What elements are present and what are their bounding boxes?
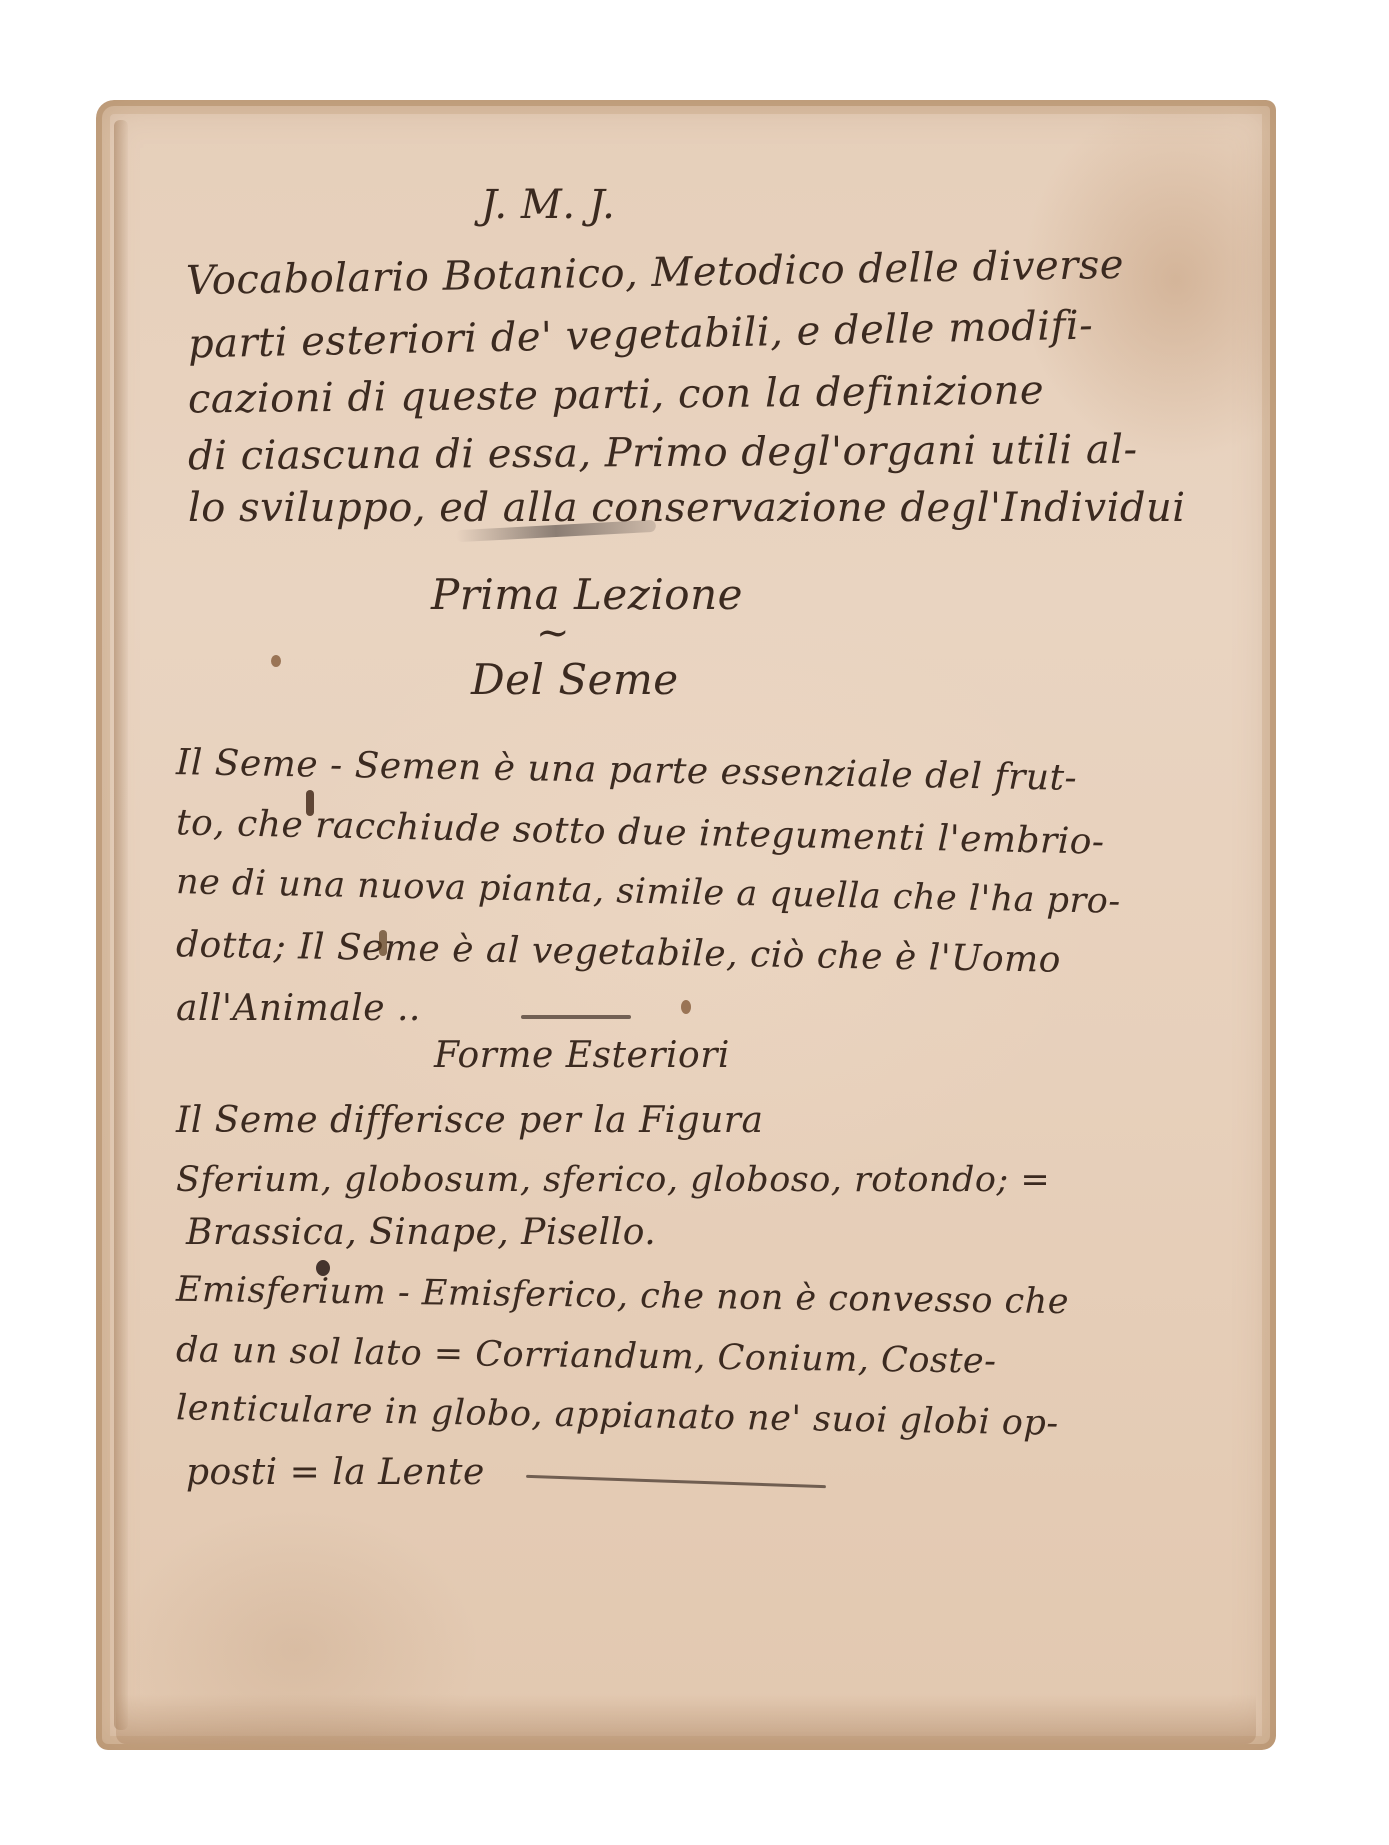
ink-spot	[306, 790, 314, 816]
forms-line-5: da un sol lato = Corriandum, Conium, Cos…	[176, 1330, 997, 1381]
title-line-5: lo sviluppo, ed alla conservazione degl'…	[188, 485, 1186, 531]
subsection-title: Forme Esteriori	[434, 1035, 730, 1076]
lesson-title: Prima Lezione	[431, 570, 743, 619]
forms-line-4: Emisferium - Emisferico, che non è conve…	[176, 1270, 1069, 1322]
divider-rule	[521, 1015, 631, 1019]
ink-spot	[271, 655, 281, 667]
title-line-4: di ciascuna di essa, Primo degl'organi u…	[188, 427, 1138, 480]
forms-line-6: lenticulare in globo, appianato ne' suoi…	[176, 1388, 1059, 1443]
title-line-3: cazioni di queste parti, con la definizi…	[188, 368, 1045, 423]
ink-spot	[681, 1000, 691, 1014]
manuscript-page: J. M. J. Vocabolario Botanico, Metodico …	[96, 100, 1276, 1750]
forms-line-3: Brassica, Sinape, Pisello.	[186, 1212, 656, 1253]
section-title-del-seme: Del Seme	[471, 655, 679, 704]
forms-line-7: posti = la Lente	[186, 1452, 485, 1493]
ink-spot	[379, 930, 387, 956]
title-line-1: Vocabolario Botanico, Metodico delle div…	[186, 242, 1125, 304]
paragraph-line-4: dotta; Il Seme è al vegetabile, ciò che …	[176, 924, 1062, 980]
swash-ornament: ~	[536, 610, 570, 656]
ink-spot	[316, 1260, 330, 1276]
forms-line-2: Sferium, globosum, sferico, globoso, rot…	[176, 1160, 1050, 1200]
closing-rule	[526, 1475, 826, 1488]
forms-line-1: Il Seme differisce per la Figura	[176, 1100, 763, 1141]
title-line-2: parti esteriori de' vegetabili, e delle …	[188, 303, 1094, 368]
paragraph-line-5: all'Animale ..	[176, 988, 421, 1029]
paragraph-line-3: ne di una nuova pianta, simile a quella …	[176, 862, 1121, 922]
paragraph-line-2: to, che racchiude sotto due integumenti …	[176, 802, 1105, 862]
header-mark: J. M. J.	[481, 182, 615, 228]
